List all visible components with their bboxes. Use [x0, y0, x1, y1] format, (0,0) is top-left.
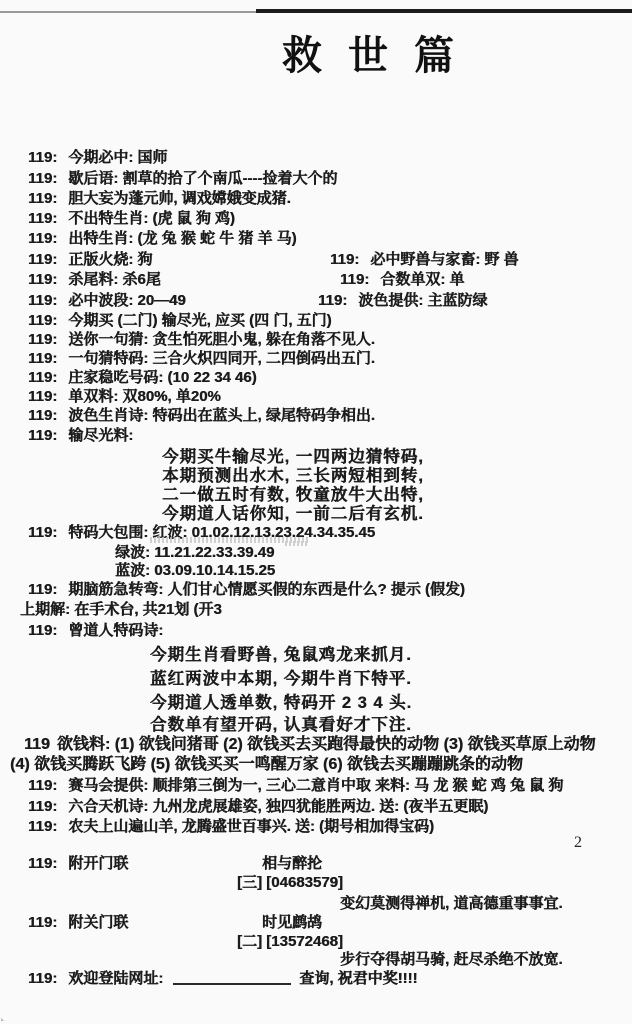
top-rule-left-segment: [0, 11, 258, 13]
issue-number: 119:: [28, 581, 57, 598]
line-text: 胆大妄为蓬元帅, 调戏嫦娥变成猪.: [68, 190, 291, 207]
line-saima: 119:赛马会提供: 顺排第三倒为一, 三心二意肖中取 来料: 马 龙 猴 蛇 …: [28, 774, 563, 795]
scanned-lottery-sheet: 救 世 篇 119:今期必中: 国师 119:歇后语: 割草的拾了个南瓜----…: [0, 0, 632, 1024]
line-no-special-zodiac: 119:不出特生肖: (虎 鼠 狗 鸡): [28, 207, 235, 228]
issue-number: 119:: [28, 427, 57, 444]
couplet-open-title: 相与醉抡: [262, 852, 322, 873]
issue-number: 119:: [28, 230, 57, 247]
line-last-issue-answer: 上期解: 在手术台, 共21划 (开3: [20, 598, 222, 619]
line-text: 欢迎登陆网址:: [68, 970, 163, 987]
poem2-line: 今期道人透单数, 特码开 2 3 4 头.: [150, 689, 412, 713]
line-text: 单双料: 双80%, 单20%: [68, 388, 221, 405]
issue-number: 119:: [28, 855, 57, 872]
issue-number: 119:: [28, 210, 57, 227]
line-yeshou: 119:必中野兽与家畜: 野 兽: [330, 248, 519, 269]
issue-number: 119:: [28, 914, 57, 931]
line-text: 波色生肖诗: 特码出在蓝头上, 绿尾特码争相出.: [68, 407, 375, 424]
line-text: 必中波段: 20—49: [68, 292, 186, 309]
line-text: 今期买 (二门) 输尽光, 应买 (四 门, 五门): [68, 312, 331, 329]
line-shawei: 119:杀尾料: 杀6尾: [28, 268, 161, 289]
page-title: 救 世 篇: [282, 24, 462, 81]
couplet-close-verse: 步行夺得胡马骑, 赶尽杀绝不放宽.: [340, 948, 563, 969]
line-text: 正版火烧: 狗: [68, 251, 152, 268]
page-number: 2: [574, 834, 582, 852]
line-text: 农夫上山遍山羊, 龙腾盛世百事兴. 送: (期号相加得宝码): [68, 818, 434, 835]
line-special-zodiac: 119:出特生肖: (龙 兔 猴 蛇 牛 猪 羊 马): [28, 227, 297, 248]
line-songni: 119:送你一句猜: 贪生怕死胆小鬼, 躲在角落不见人.: [28, 328, 375, 349]
faint-watermark-text: [285, 541, 307, 546]
line-huoshao: 119:正版火烧: 狗: [28, 248, 152, 269]
line-yuqian-2: (4) 欲钱买腾跃飞跨 (5) 欲钱买买一鸣醒万家 (6) 欲钱去买蹦蹦跳条的动…: [10, 751, 523, 774]
issue-number: 119:: [28, 190, 57, 207]
issue-number: 119:: [28, 622, 57, 639]
issue-number: 119:: [28, 798, 57, 815]
issue-number: 119:: [28, 292, 57, 309]
line-boduan: 119:必中波段: 20—49: [28, 289, 186, 310]
line-heshu: 119:合数单双: 单: [340, 268, 464, 289]
couplet-close-numbers: [二] [13572468]: [237, 930, 343, 951]
issue-number: 119:: [28, 331, 57, 348]
line-text: 波色提供: 主蓝防绿: [358, 292, 487, 309]
line-text: 附关门联: [68, 914, 128, 931]
couplet-close-title: 时见鹧鸪: [262, 911, 322, 932]
issue-number: 119:: [28, 524, 57, 541]
line-must-win: 119:今期必中: 国师: [28, 146, 167, 167]
line-yijucai: 119:一句猜特码: 三合火炽四同开, 二四倒码出五门.: [28, 347, 375, 368]
line-shujinguang: 119:输尽光料:: [28, 424, 133, 445]
line-zhuangjia: 119:庄家稳吃号码: (10 22 34 46): [28, 366, 257, 387]
issue-number: 119:: [28, 170, 57, 187]
line-text: 一句猜特码: 三合火炽四同开, 二四倒码出五门.: [68, 350, 375, 367]
issue-number: 119:: [28, 312, 57, 329]
line-text: 今期必中: 国师: [68, 149, 167, 166]
issue-number: 119:: [28, 369, 57, 386]
line-xiehouyu: 119:歇后语: 割草的拾了个南瓜----捡着大个的: [28, 167, 337, 188]
top-rule-right-segment: [256, 9, 632, 13]
line-text: 不出特生肖: (虎 鼠 狗 鸡): [68, 210, 235, 227]
issue-number: 119:: [340, 271, 369, 288]
line-text: 庄家稳吃号码: (10 22 34 46): [68, 369, 256, 386]
poem2-line: 今期生肖看野兽, 兔鼠鸡龙来抓月.: [150, 641, 412, 665]
issue-number: 119:: [28, 818, 57, 835]
line-text: 查询, 祝君中奖!!!!: [299, 970, 417, 987]
line-jinqimai: 119:今期买 (二门) 输尽光, 应买 (四 门, 五门): [28, 309, 332, 330]
line-tianji: 119:六合天机诗: 九州龙虎展雄姿, 独四犹能胜两边. 送: (夜半五更眠): [28, 795, 488, 816]
issue-number: 119:: [318, 292, 347, 309]
line-footer-website: 119:欢迎登陆网址:查询, 祝君中奖!!!!: [28, 967, 418, 988]
line-danshuang: 119:单双料: 双80%, 单20%: [28, 385, 221, 406]
line-text: 赛马会提供: 顺排第三倒为一, 三心二意肖中取 来料: 马 龙 猴 蛇 鸡 兔 …: [68, 777, 563, 794]
line-zengdao-header: 119:曾道人特码诗:: [28, 619, 163, 640]
scan-speckle: [1, 1015, 6, 1021]
line-danda: 119:胆大妄为蓬元帅, 调戏嫦娥变成猪.: [28, 187, 291, 208]
couplet-open-numbers: [三] [04683579]: [237, 871, 343, 892]
line-text: 歇后语: 割草的拾了个南瓜----捡着大个的: [68, 170, 337, 187]
issue-number: 119:: [28, 149, 57, 166]
line-text: 期脑筋急转弯: 人们甘心情愿买假的东西是什么? 提示 (假发): [68, 581, 465, 598]
line-couplet-open-label: 119:附开门联: [28, 852, 128, 873]
line-baowei-blue: 蓝波: 03.09.10.14.15.25: [115, 559, 275, 580]
website-blank-underline: [173, 982, 291, 985]
line-text: 附开门联: [68, 855, 128, 872]
couplet-open-verse: 变幻莫测得禅机, 道高德重事事宜.: [340, 892, 563, 913]
issue-number: 119:: [330, 251, 359, 268]
line-brain-teaser: 119:期脑筋急转弯: 人们甘心情愿买假的东西是什么? 提示 (假发): [28, 578, 465, 599]
line-text: 必中野兽与家畜: 野 兽: [370, 251, 518, 268]
line-text: 杀尾料: 杀6尾: [68, 271, 161, 288]
line-couplet-close-label: 119:附关门联: [28, 911, 128, 932]
issue-number: 119:: [28, 271, 57, 288]
line-text: 合数单双: 单: [380, 271, 464, 288]
line-text: 送你一句猜: 贪生怕死胆小鬼, 躲在角落不见人.: [68, 331, 375, 348]
line-nongfu: 119:农夫上山遍山羊, 龙腾盛世百事兴. 送: (期号相加得宝码): [28, 815, 434, 836]
poem2-line: 蓝红两波中本期, 今期牛肖下特平.: [150, 665, 412, 689]
issue-number: 119:: [28, 407, 57, 424]
line-text: 曾道人特码诗:: [68, 622, 163, 639]
line-bose: 119:波色提供: 主蓝防绿: [318, 289, 487, 310]
line-text: 输尽光料:: [68, 427, 133, 444]
line-boseshi: 119:波色生肖诗: 特码出在蓝头上, 绿尾特码争相出.: [28, 404, 375, 425]
line-text: 六合天机诗: 九州龙虎展雄姿, 独四犹能胜两边. 送: (夜半五更眠): [68, 798, 488, 815]
issue-number: 119:: [28, 251, 57, 268]
issue-number: 119:: [28, 350, 57, 367]
issue-number: 119:: [28, 388, 57, 405]
issue-number: 119:: [28, 970, 57, 987]
issue-number: 119:: [28, 777, 57, 794]
line-text: 出特生肖: (龙 兔 猴 蛇 牛 猪 羊 马): [68, 230, 296, 247]
